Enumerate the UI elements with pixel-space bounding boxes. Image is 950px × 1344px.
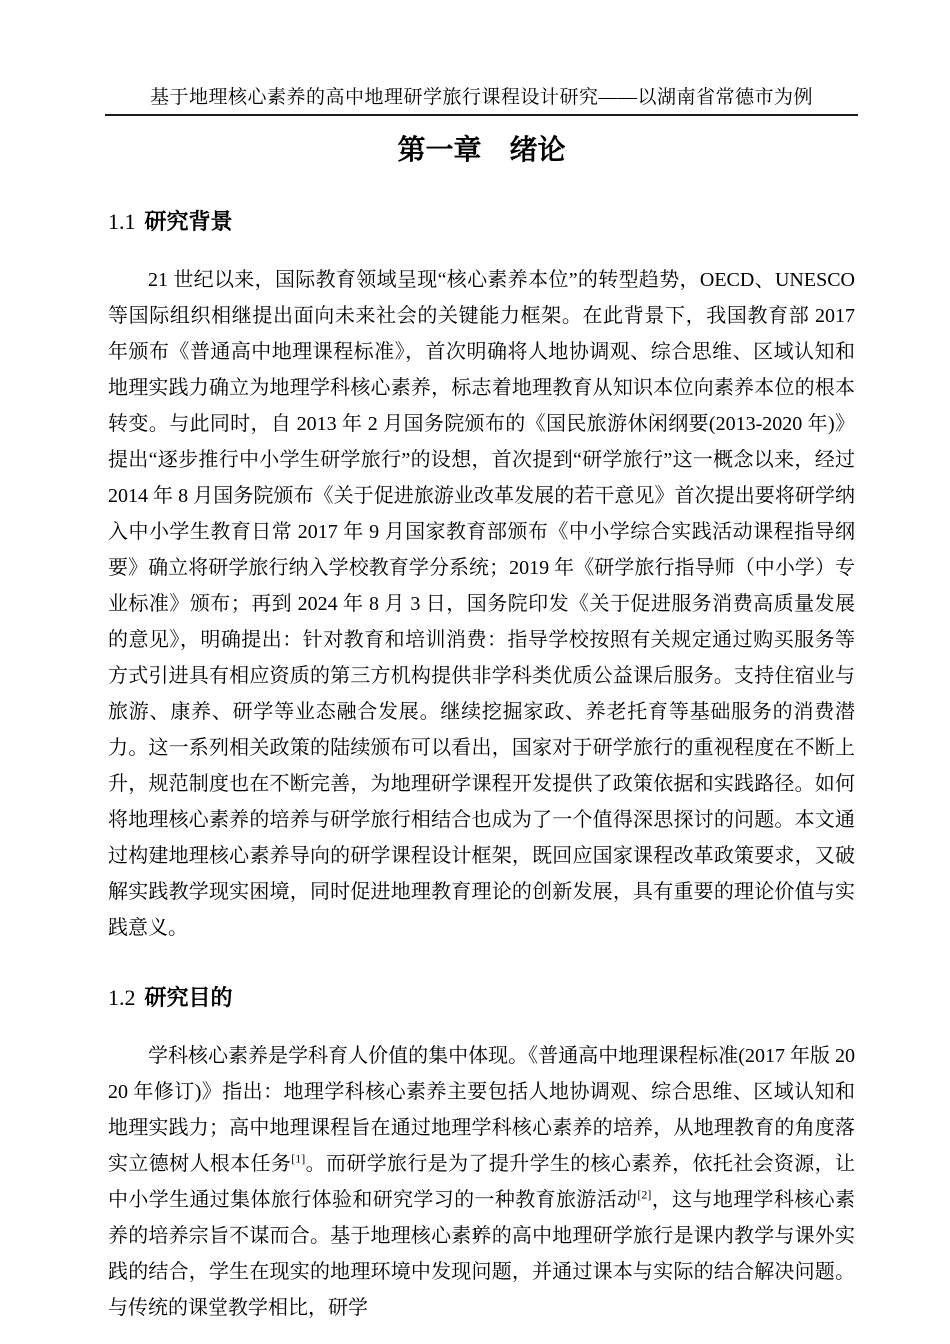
section-heading-1-2: 1.2研究目的 bbox=[108, 984, 855, 1012]
page-header: 基于地理核心素养的高中地理研学旅行课程设计研究——以湖南省常德市为例 bbox=[108, 86, 855, 116]
paragraph-text: 21 世纪以来，国际教育领域呈现“核心素养本位”的转型趋势，OECD、UNESC… bbox=[108, 269, 855, 939]
section-number: 1.2 bbox=[108, 985, 136, 1010]
section-title: 研究背景 bbox=[145, 209, 233, 234]
section-heading-1-1: 1.1研究背景 bbox=[108, 208, 855, 236]
chapter-title: 第一章 绪论 bbox=[108, 130, 855, 170]
section-title: 研究目的 bbox=[145, 985, 233, 1010]
citation-reference: [1] bbox=[291, 1151, 305, 1165]
page-number: 1 bbox=[0, 1224, 950, 1244]
section-number: 1.1 bbox=[108, 209, 136, 234]
running-head-title: 基于地理核心素养的高中地理研学旅行课程设计研究——以湖南省常德市为例 bbox=[108, 86, 855, 114]
paragraph-research-background: 21 世纪以来，国际教育领域呈现“核心素养本位”的转型趋势，OECD、UNESC… bbox=[108, 262, 855, 946]
header-rule bbox=[105, 114, 858, 116]
citation-reference: [2] bbox=[637, 1187, 651, 1201]
document-page: 基于地理核心素养的高中地理研学旅行课程设计研究——以湖南省常德市为例 第一章 绪… bbox=[0, 0, 950, 1344]
paragraph-research-purpose: 学科核心素养是学科育人价值的集中体现。《普通高中地理课程标准(2017 年版 2… bbox=[108, 1038, 855, 1326]
